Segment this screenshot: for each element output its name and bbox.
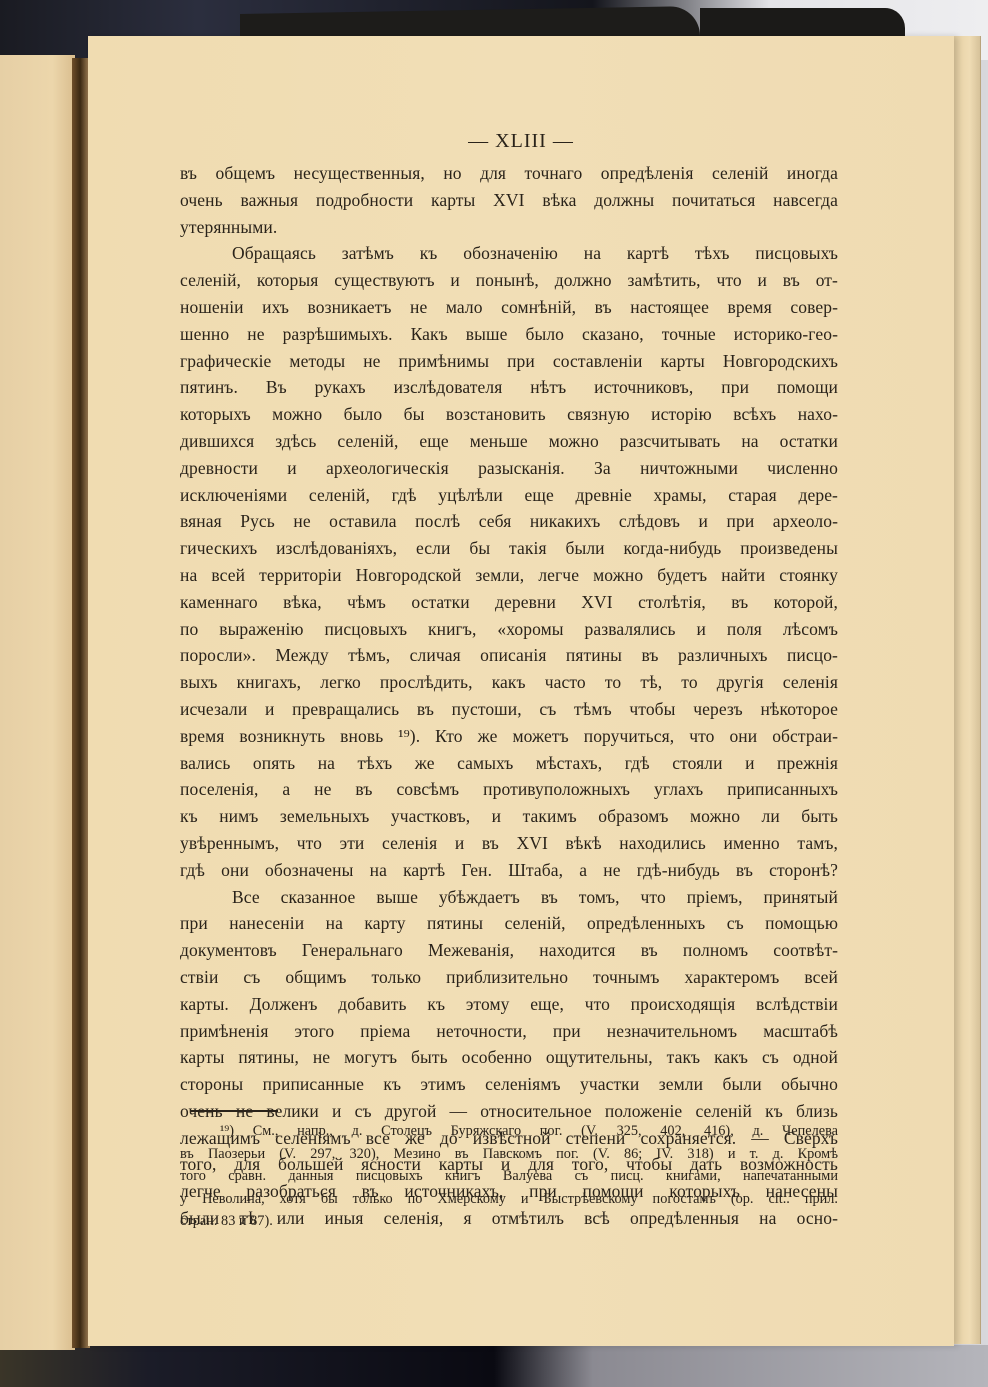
text-line: стороны приписанные къ этимъ селеніямъ у…: [180, 1071, 838, 1098]
text-line: на всей территоріи Новгородской земли, л…: [180, 562, 838, 589]
footnote-line: ¹⁹) См., напр., д. Столецъ Буряжскаго по…: [180, 1120, 838, 1143]
text-line: исчезали и превращались въ пустоши, съ т…: [180, 696, 838, 723]
text-line: увѣреннымъ, что эти селенія и въ XVI вѣк…: [180, 830, 838, 857]
text-line: гдѣ они обозначены на картѣ Ген. Штаба, …: [180, 857, 838, 884]
text-line: утерянными.: [180, 214, 838, 241]
text-line: ношеніи ихъ возникаетъ не мало сомнѣній,…: [180, 294, 838, 321]
text-line: къ нимъ земельныхъ участковъ, и такимъ о…: [180, 803, 838, 830]
body-text: въ общемъ несущественныя, но для точнаго…: [180, 160, 838, 1232]
text-line: примѣненія этого пріема неточности, при …: [180, 1018, 838, 1045]
footnote-line: того сравн. данныя писцовыхъ книгъ Валуе…: [180, 1165, 838, 1188]
text-line: поселенія, а не въ совсѣмъ противуположн…: [180, 776, 838, 803]
text-line: вяная Русь не оставила послѣ себя никаки…: [180, 508, 838, 535]
book-cover-edge-right: [700, 8, 905, 38]
text-line: гическихъ изслѣдованіяхъ, если бы такія …: [180, 535, 838, 562]
text-line: документовъ Генеральнаго Межеванія, нахо…: [180, 937, 838, 964]
text-line: древности и археологическія разысканія. …: [180, 455, 838, 482]
text-line: Обращаясь затѣмъ къ обозначенію на картѣ…: [180, 240, 838, 267]
left-page-edge: [0, 55, 75, 1350]
footnote-line: стран. 83 и 87).: [180, 1210, 838, 1233]
text-line: выхъ книгахъ, легко прослѣдить, какъ час…: [180, 669, 838, 696]
footnote-line: въ Паозерьи (V. 297, 320), Мезино въ Пав…: [180, 1143, 838, 1166]
text-line: время возникнуть вновь ¹⁹). Кто же может…: [180, 723, 838, 750]
text-line: по выраженію писцовыхъ книгъ, «хоромы ра…: [180, 616, 838, 643]
text-line: карты. Долженъ добавить къ этому еще, чт…: [180, 991, 838, 1018]
text-line: ствіи съ общимъ только приблизительно то…: [180, 964, 838, 991]
text-line: исключеніями селеній, гдѣ уцѣлѣли еще др…: [180, 482, 838, 509]
footnote-rule: [190, 1110, 278, 1112]
background-bottom: [0, 1345, 988, 1387]
text-line: очень важныя подробности карты XVI вѣка …: [180, 187, 838, 214]
text-line: графическіе методы не примѣнимы при сост…: [180, 348, 838, 375]
text-line: при нанесеніи на карту пятины селеній, о…: [180, 910, 838, 937]
page-stack-edge: [954, 36, 981, 1344]
text-line: поросли». Между тѣмъ, сличая описанія пя…: [180, 642, 838, 669]
text-line: вались опять на тѣхъ же самыхъ мѣстахъ, …: [180, 750, 838, 777]
text-line: каменнаго вѣка, чѣмъ остатки деревни XVI…: [180, 589, 838, 616]
text-line: карты пятины, не могутъ быть особенно ощ…: [180, 1044, 838, 1071]
footnote: ¹⁹) См., напр., д. Столецъ Буряжскаго по…: [180, 1120, 838, 1233]
text-line: которыхъ можно было бы возстановить связ…: [180, 401, 838, 428]
text-line: Все сказанное выше убѣждаетъ въ томъ, чт…: [180, 884, 838, 911]
text-line: шенно не разрѣшимыхъ. Какъ выше было ска…: [180, 321, 838, 348]
text-line: дившихся здѣсь селеній, еще меньше можно…: [180, 428, 838, 455]
text-line: въ общемъ несущественныя, но для точнаго…: [180, 160, 838, 187]
footnote-line: у Неволина, хотя бы только по Хмерскому …: [180, 1188, 838, 1211]
page-number: — XLIII —: [88, 130, 954, 153]
text-line: пятинъ. Въ рукахъ изслѣдователя нѣтъ ист…: [180, 374, 838, 401]
text-line: селеній, которыя существуютъ и понынѣ, д…: [180, 267, 838, 294]
